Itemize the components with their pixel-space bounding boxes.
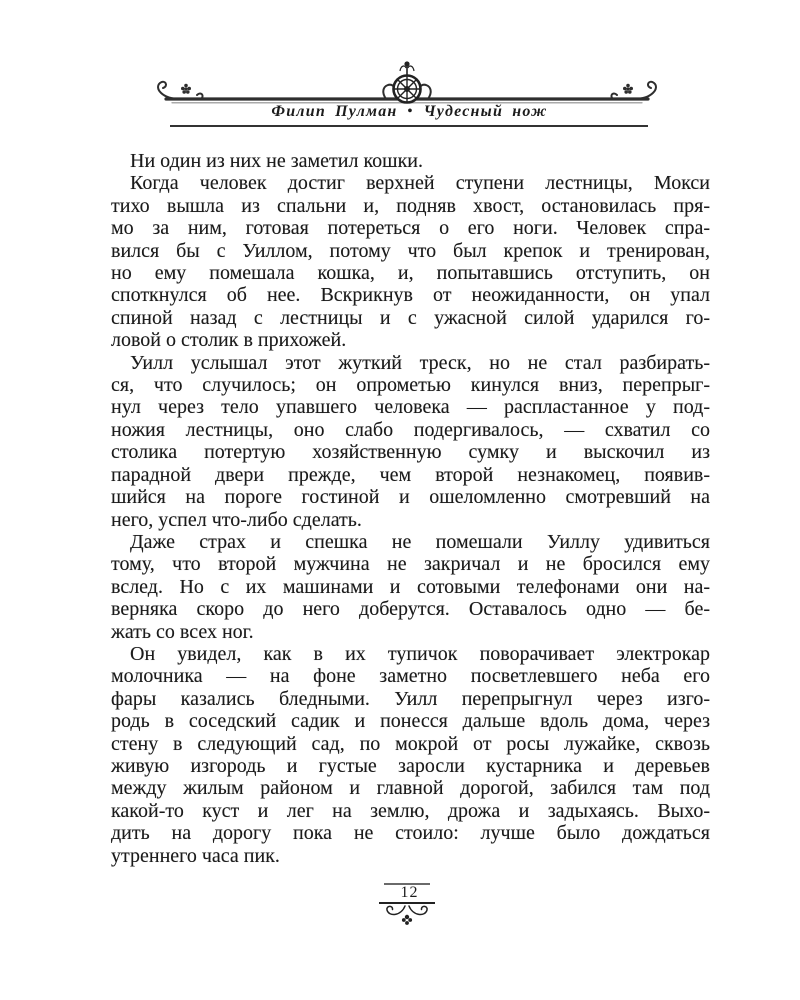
text-line: тихо вышла из спальни и, подняв хвост, о… [111, 195, 710, 217]
running-head-author: Филип Пулман [271, 103, 397, 120]
text-line: спиной назад с лестницы и с ужасной сило… [111, 307, 710, 329]
text-line: Ни один из них не заметил кошки. [111, 150, 710, 172]
text-line: живую изгородь и густые заросли кустарни… [111, 755, 710, 777]
text-line: него, успел что-либо сделать. [111, 509, 710, 531]
flower-icon [181, 84, 191, 94]
text-line: дить на дорогу пока не стоило: лучше был… [111, 822, 710, 844]
bullet-separator-icon: • [408, 104, 414, 119]
text-line: Даже страх и спешка не помешали Уиллу уд… [111, 531, 710, 553]
text-line: Он увидел, как в их тупичок поворачивает… [111, 643, 710, 665]
text-line: шийся на пороге гостиной и ошеломленно с… [111, 486, 710, 508]
text-line: вслед. Но с их машинами и сотовыми телеф… [111, 576, 710, 598]
page-text-block: Ни один из них не заметил кошки.Когда че… [111, 150, 710, 867]
header-rule [170, 125, 648, 127]
text-line: парадной двери прежде, чем второй незнак… [111, 464, 710, 486]
left-curl-icon [158, 82, 203, 99]
text-line: утреннего часа пик. [111, 845, 710, 867]
text-line: фары казались бледными. Уилл перепрыгнул… [111, 688, 710, 710]
text-line: родь в соседский садик и понесся дальше … [111, 710, 710, 732]
flower-icon [402, 915, 412, 925]
flower-icon [623, 84, 633, 94]
text-line: Когда человек достиг верхней ступени лес… [111, 172, 710, 194]
text-line: молочника — на фоне заметно посветлевшег… [111, 665, 710, 687]
text-line: между жилым районом и главной дорогой, з… [111, 777, 710, 799]
footer-curl-ornament [379, 904, 435, 928]
text-line: ся, что случилось; он опрометью кинулся … [111, 374, 710, 396]
book-page: Филип Пулман•Чудесный нож Ни один из них… [0, 0, 800, 1000]
text-line: ловой о столик в прихожей. [111, 329, 710, 351]
text-line: верняка скоро до него доберутся. Оставал… [111, 598, 710, 620]
right-curl-icon [611, 82, 656, 99]
header-flourish-ornament [150, 58, 664, 108]
text-line: столика потертую хозяйственную сумку и в… [111, 441, 710, 463]
ship-wheel-icon [394, 61, 421, 102]
running-head-book-title: Чудесный нож [424, 103, 548, 120]
text-line: какой-то куст и лег на землю, дрожа и за… [111, 800, 710, 822]
text-line: стену в следующий сад, по мокрой от росы… [111, 733, 710, 755]
running-head: Филип Пулман•Чудесный нож [111, 103, 708, 121]
text-line: нул через тело упавшего человека — распл… [111, 396, 710, 418]
text-line: вился бы с Уиллом, потому что был крепок… [111, 240, 710, 262]
text-line: но ему помешала кошка, и, попытавшись от… [111, 262, 710, 284]
text-line: жать со всех ног. [111, 621, 710, 643]
page-number: 12 [111, 884, 708, 902]
text-line: Уилл услышал этот жуткий треск, но не ст… [111, 352, 710, 374]
text-line: ножия лестницы, оно слабо подергивалось,… [111, 419, 710, 441]
text-line: споткнулся об нее. Вскрикнув от неожидан… [111, 284, 710, 306]
text-line: тому, что второй мужчина не закричал и н… [111, 553, 710, 575]
text-line: мо за ним, готовая потереться о его ноги… [111, 217, 710, 239]
